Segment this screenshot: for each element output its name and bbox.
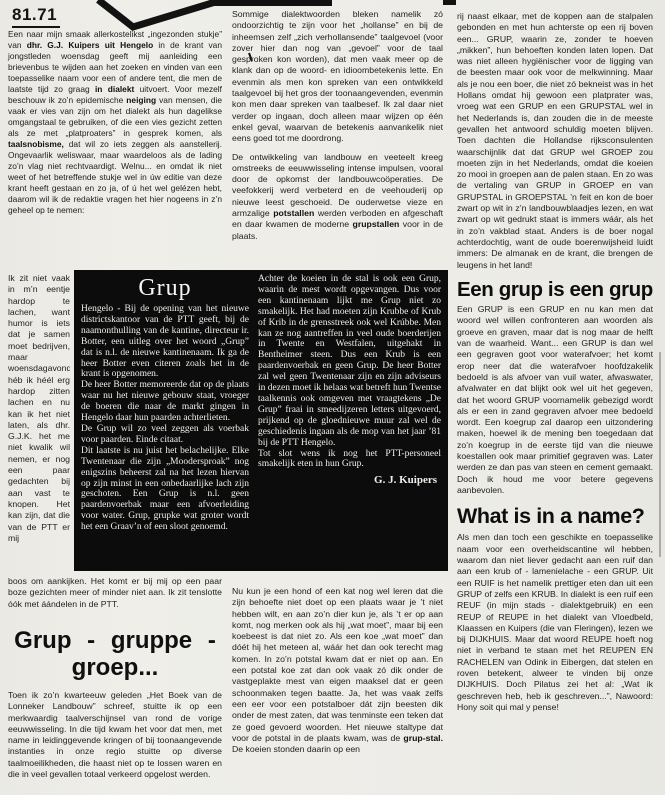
clipping-paragraph: De heer Botter memoreerde dat op de plaa… — [81, 380, 249, 424]
headline-een-grup-is-een-grup: Een grup is een grup — [457, 284, 653, 295]
ruif-paragraph: Als men dan toch een geschikte en toepas… — [457, 532, 653, 713]
clipping-paragraph: Dit laatste is nu juist het belachelijke… — [81, 446, 249, 533]
clipping-paragraph: De Grup wil zo veel zeggen als voerbak v… — [81, 424, 249, 446]
section-headline-grup-gruppe-groep: Grup - gruppe - groep... — [8, 627, 222, 681]
clipping-right-column: Achter de koeien in de stal is ook een G… — [258, 274, 441, 567]
headline-what-is-in-a-name: What is in a name? — [457, 511, 653, 522]
archive-number: 81.71 — [12, 5, 60, 28]
resume-paragraph: boos om aankijken. Het komt er bij mij o… — [8, 576, 222, 610]
clipping-paragraph: Hengelo - Bij de opening van het nieuwe … — [81, 304, 249, 380]
middle-column-top: Sommige dialektwoorden bleken namelik zó… — [232, 9, 443, 242]
lonneker-paragraph: Toen ik zo’n kwarteeuw geleden „Het Boek… — [8, 690, 222, 780]
stalpalen-paragraph: rij naast elkaar, met de koppen aan de s… — [457, 11, 653, 271]
right-column: rij naast elkaar, met de koppen aan de s… — [457, 11, 653, 713]
clipping-title: Grup — [81, 275, 249, 301]
grup-clipping-box: Grup Hengelo - Bij de opening van het ni… — [75, 271, 447, 570]
clipping-signature: G. J. Kuipers — [258, 475, 441, 486]
grup-definition-paragraph: Een GRUP is een GRUP en nu kan men dat w… — [457, 304, 653, 496]
headline-line-1: Grup - gruppe - — [8, 627, 222, 654]
newspaper-page: 81.71 Een naar mijn smaak allerkosteliks… — [0, 0, 665, 795]
intro-paragraph: Een naar mijn smaak allerkostelikst „ing… — [8, 29, 222, 216]
headline-line-2: groep... — [8, 654, 222, 681]
potstal-paragraph: Nu kun je een hond of een kat nog wel le… — [232, 586, 443, 755]
wraparound-paragraph: Ik zit niet vaak in m’n eentje hardop te… — [8, 273, 70, 544]
farming-paragraph: De ontwikkeling van landbouw en veeteelt… — [232, 152, 443, 242]
clipping-left-column: Grup Hengelo - Bij de opening van het ni… — [81, 274, 249, 567]
clipping-paragraph: Tot slot wens ik nog het PTT-personeel s… — [258, 449, 441, 471]
clipping-paragraph: Achter de koeien in de stal is ook een G… — [258, 274, 441, 449]
dialect-words-paragraph: Sommige dialektwoorden bleken namelik zó… — [232, 9, 443, 145]
page-edge-line — [659, 352, 661, 557]
